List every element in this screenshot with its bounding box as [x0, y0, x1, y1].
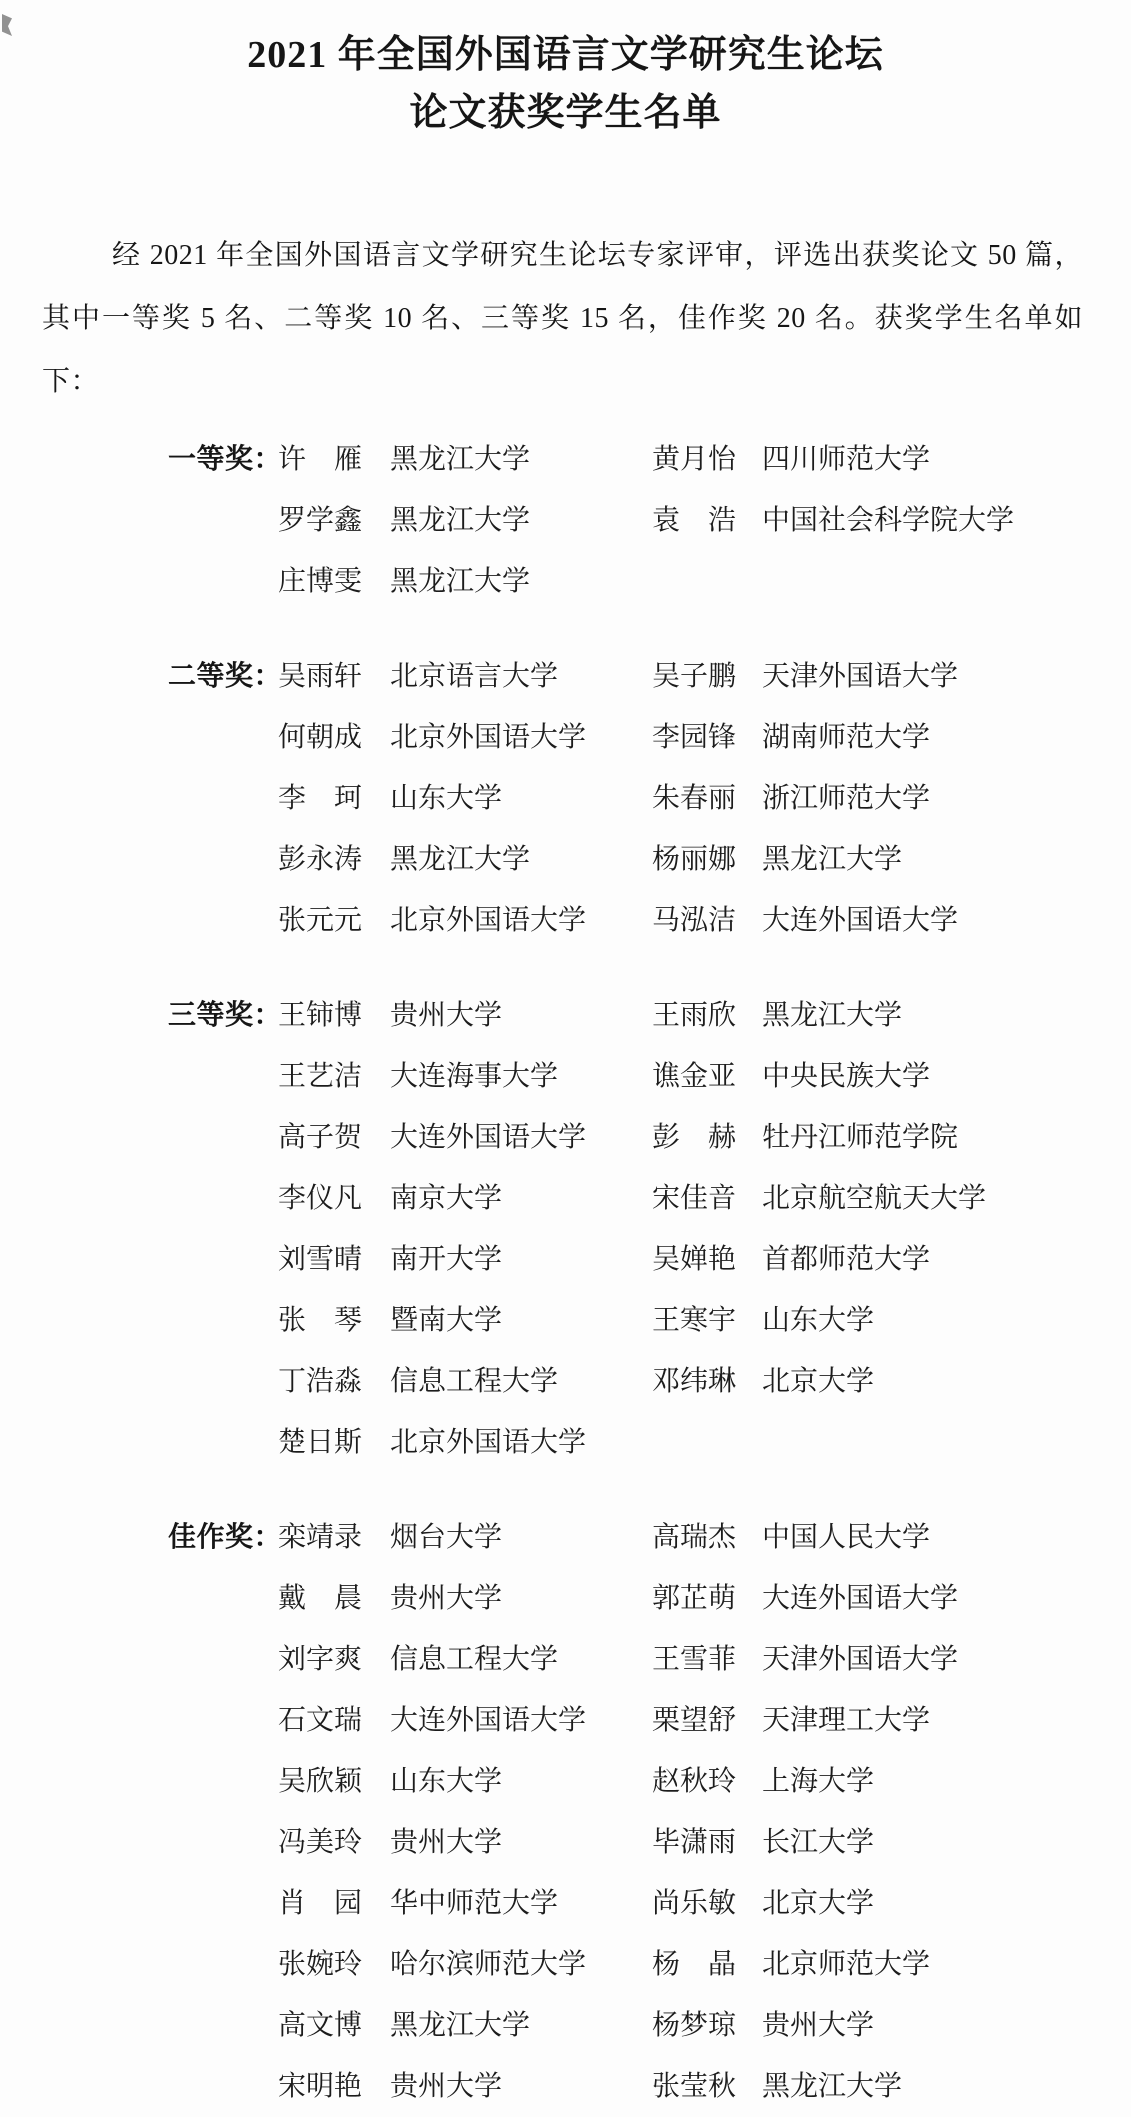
- student-name: 吴雨轩: [278, 654, 390, 694]
- student-name: 丁浩淼: [278, 1359, 390, 1399]
- student-name: 吴子鹏: [652, 654, 762, 694]
- award-row: 二等奖：吴雨轩北京语言大学吴子鹏天津外国语大学: [0, 643, 1131, 704]
- student-name: 张 琴: [278, 1298, 390, 1338]
- student-name: 庄博雯: [278, 559, 390, 599]
- university-name: 山东大学: [390, 1759, 652, 1799]
- university-name: 哈尔滨师范大学: [390, 1942, 652, 1982]
- student-name: 肖 园: [278, 1881, 390, 1921]
- award-row: 张元元北京外国语大学马泓洁大连外国语大学: [0, 887, 1131, 948]
- award-row: 高子贺大连外国语大学彭 赫牡丹江师范学院: [0, 1104, 1131, 1165]
- student-name: 李仪凡: [278, 1176, 390, 1216]
- student-name: 罗学鑫: [278, 498, 390, 538]
- award-tier-label: 二等奖：: [168, 654, 278, 694]
- university-name: 南京大学: [390, 1176, 652, 1216]
- university-name: 北京外国语大学: [390, 1420, 652, 1460]
- student-name: 吴婵艳: [652, 1237, 762, 1277]
- university-name: 暨南大学: [390, 1298, 652, 1338]
- student-name: 王雨欣: [652, 993, 762, 1033]
- university-name: 浙江师范大学: [762, 776, 1131, 816]
- university-name: 黑龙江大学: [390, 437, 652, 477]
- student-name: 王寒宇: [652, 1298, 762, 1338]
- university-name: 上海大学: [762, 1759, 1131, 1799]
- award-row: 彭永涛黑龙江大学杨丽娜黑龙江大学: [0, 826, 1131, 887]
- student-name: 楚日斯: [278, 1420, 390, 1460]
- university-name: 黑龙江大学: [762, 837, 1131, 877]
- award-row: 刘雪晴南开大学吴婵艳首都师范大学: [0, 1226, 1131, 1287]
- university-name: 北京语言大学: [390, 654, 652, 694]
- student-name: 毕潇雨: [652, 1820, 762, 1860]
- university-name: 山东大学: [762, 1298, 1131, 1338]
- award-section: 佳作奖：栾靖录烟台大学高瑞杰中国人民大学戴 晨贵州大学郭芷萌大连外国语大学刘字爽…: [0, 1504, 1131, 2114]
- document-title-line1: 2021 年全国外国语言文学研究生论坛: [0, 26, 1131, 84]
- university-name: 信息工程大学: [390, 1637, 652, 1677]
- student-name: 戴 晨: [278, 1576, 390, 1616]
- university-name: 黑龙江大学: [390, 559, 652, 599]
- student-name: 吴欣颖: [278, 1759, 390, 1799]
- university-name: 中央民族大学: [762, 1054, 1131, 1094]
- university-name: 北京师范大学: [762, 1942, 1131, 1982]
- university-name: 黑龙江大学: [390, 2003, 652, 2043]
- award-row: 庄博雯黑龙江大学: [0, 548, 1131, 609]
- student-name: 杨丽娜: [652, 837, 762, 877]
- student-name: 高瑞杰: [652, 1515, 762, 1555]
- award-row: 石文瑞大连外国语大学栗望舒天津理工大学: [0, 1687, 1131, 1748]
- university-name: 湖南师范大学: [762, 715, 1131, 755]
- student-name: 李 珂: [278, 776, 390, 816]
- award-row: 李 珂山东大学朱春丽浙江师范大学: [0, 765, 1131, 826]
- student-name: 石文瑞: [278, 1698, 390, 1738]
- title-block: 2021 年全国外国语言文学研究生论坛 论文获奖学生名单: [0, 0, 1131, 142]
- award-section: 三等奖：王铈博贵州大学王雨欣黑龙江大学王艺洁大连海事大学谯金亚中央民族大学高子贺…: [0, 982, 1131, 1470]
- student-name: 杨 晶: [652, 1942, 762, 1982]
- university-name: 大连外国语大学: [762, 1576, 1131, 1616]
- university-name: 中国社会科学院大学: [762, 498, 1131, 538]
- university-name: 山东大学: [390, 776, 652, 816]
- award-row: 吴欣颖山东大学赵秋玲上海大学: [0, 1748, 1131, 1809]
- student-name: 高子贺: [278, 1115, 390, 1155]
- university-name: 北京大学: [762, 1359, 1131, 1399]
- university-name: 贵州大学: [390, 993, 652, 1033]
- university-name: 北京大学: [762, 1881, 1131, 1921]
- student-name: 谯金亚: [652, 1054, 762, 1094]
- award-tier-label: 一等奖：: [168, 437, 278, 477]
- award-row: 丁浩淼信息工程大学邓纬琳北京大学: [0, 1348, 1131, 1409]
- student-name: 高文博: [278, 2003, 390, 2043]
- university-name: 黑龙江大学: [390, 837, 652, 877]
- student-name: 彭 赫: [652, 1115, 762, 1155]
- student-name: 宋明艳: [278, 2064, 390, 2104]
- student-name: 王艺洁: [278, 1054, 390, 1094]
- award-section: 二等奖：吴雨轩北京语言大学吴子鹏天津外国语大学何朝成北京外国语大学李园锋湖南师范…: [0, 643, 1131, 948]
- university-name: 贵州大学: [762, 2003, 1131, 2043]
- student-name: 刘字爽: [278, 1637, 390, 1677]
- award-tier-label: 佳作奖：: [168, 1515, 278, 1555]
- award-row: 楚日斯北京外国语大学: [0, 1409, 1131, 1470]
- university-name: 天津外国语大学: [762, 1637, 1131, 1677]
- university-name: 中国人民大学: [762, 1515, 1131, 1555]
- university-name: 黑龙江大学: [762, 993, 1131, 1033]
- student-name: 朱春丽: [652, 776, 762, 816]
- award-row: 李仪凡南京大学宋佳音北京航空航天大学: [0, 1165, 1131, 1226]
- student-name: 袁 浩: [652, 498, 762, 538]
- university-name: 大连外国语大学: [390, 1115, 652, 1155]
- university-name: 大连外国语大学: [390, 1698, 652, 1738]
- student-name: 张婉玲: [278, 1942, 390, 1982]
- university-name: 黑龙江大学: [390, 498, 652, 538]
- university-name: 天津理工大学: [762, 1698, 1131, 1738]
- university-name: 华中师范大学: [390, 1881, 652, 1921]
- award-section: 一等奖：许 雁黑龙江大学黄月怡四川师范大学罗学鑫黑龙江大学袁 浩中国社会科学院大…: [0, 426, 1131, 609]
- university-name: 贵州大学: [390, 1576, 652, 1616]
- university-name: 贵州大学: [390, 1820, 652, 1860]
- university-name: 天津外国语大学: [762, 654, 1131, 694]
- student-name: 王雪菲: [652, 1637, 762, 1677]
- document-title-line2: 论文获奖学生名单: [0, 84, 1131, 142]
- university-name: 烟台大学: [390, 1515, 652, 1555]
- student-name: 邓纬琳: [652, 1359, 762, 1399]
- student-name: 许 雁: [278, 437, 390, 477]
- student-name: 郭芷萌: [652, 1576, 762, 1616]
- student-name: 宋佳音: [652, 1176, 762, 1216]
- student-name: 张莹秋: [652, 2064, 762, 2104]
- document-page: 2021 年全国外国语言文学研究生论坛 论文获奖学生名单 经 2021 年全国外…: [0, 0, 1131, 2117]
- university-name: 黑龙江大学: [762, 2064, 1131, 2104]
- award-row: 一等奖：许 雁黑龙江大学黄月怡四川师范大学: [0, 426, 1131, 487]
- university-name: 南开大学: [390, 1237, 652, 1277]
- student-name: 马泓洁: [652, 898, 762, 938]
- university-name: 信息工程大学: [390, 1359, 652, 1399]
- university-name: 四川师范大学: [762, 437, 1131, 477]
- university-name: 首都师范大学: [762, 1237, 1131, 1277]
- university-name: 大连外国语大学: [762, 898, 1131, 938]
- award-row: 张婉玲哈尔滨师范大学杨 晶北京师范大学: [0, 1931, 1131, 1992]
- student-name: 尚乐敏: [652, 1881, 762, 1921]
- award-row: 高文博黑龙江大学杨梦琼贵州大学: [0, 1992, 1131, 2053]
- award-row: 佳作奖：栾靖录烟台大学高瑞杰中国人民大学: [0, 1504, 1131, 1565]
- award-row: 王艺洁大连海事大学谯金亚中央民族大学: [0, 1043, 1131, 1104]
- student-name: 冯美玲: [278, 1820, 390, 1860]
- award-sections: 一等奖：许 雁黑龙江大学黄月怡四川师范大学罗学鑫黑龙江大学袁 浩中国社会科学院大…: [0, 426, 1131, 2114]
- award-row: 冯美玲贵州大学毕潇雨长江大学: [0, 1809, 1131, 1870]
- award-row: 肖 园华中师范大学尚乐敏北京大学: [0, 1870, 1131, 1931]
- student-name: 栗望舒: [652, 1698, 762, 1738]
- university-name: 大连海事大学: [390, 1054, 652, 1094]
- award-row: 宋明艳贵州大学张莹秋黑龙江大学: [0, 2053, 1131, 2114]
- award-row: 刘字爽信息工程大学王雪菲天津外国语大学: [0, 1626, 1131, 1687]
- student-name: 王铈博: [278, 993, 390, 1033]
- award-row: 戴 晨贵州大学郭芷萌大连外国语大学: [0, 1565, 1131, 1626]
- award-row: 三等奖：王铈博贵州大学王雨欣黑龙江大学: [0, 982, 1131, 1043]
- award-row: 张 琴暨南大学王寒宇山东大学: [0, 1287, 1131, 1348]
- university-name: 贵州大学: [390, 2064, 652, 2104]
- university-name: 牡丹江师范学院: [762, 1115, 1131, 1155]
- university-name: 北京外国语大学: [390, 898, 652, 938]
- student-name: 何朝成: [278, 715, 390, 755]
- student-name: 彭永涛: [278, 837, 390, 877]
- student-name: 杨梦琼: [652, 2003, 762, 2043]
- student-name: 黄月怡: [652, 437, 762, 477]
- award-row: 何朝成北京外国语大学李园锋湖南师范大学: [0, 704, 1131, 765]
- student-name: 李园锋: [652, 715, 762, 755]
- student-name: 张元元: [278, 898, 390, 938]
- student-name: 栾靖录: [278, 1515, 390, 1555]
- intro-paragraph: 经 2021 年全国外国语言文学研究生论坛专家评审，评选出获奖论文 50 篇，其…: [42, 224, 1083, 413]
- student-name: 赵秋玲: [652, 1759, 762, 1799]
- award-tier-label: 三等奖：: [168, 993, 278, 1033]
- award-row: 罗学鑫黑龙江大学袁 浩中国社会科学院大学: [0, 487, 1131, 548]
- university-name: 北京航空航天大学: [762, 1176, 1131, 1216]
- university-name: 长江大学: [762, 1820, 1131, 1860]
- student-name: 刘雪晴: [278, 1237, 390, 1277]
- university-name: 北京外国语大学: [390, 715, 652, 755]
